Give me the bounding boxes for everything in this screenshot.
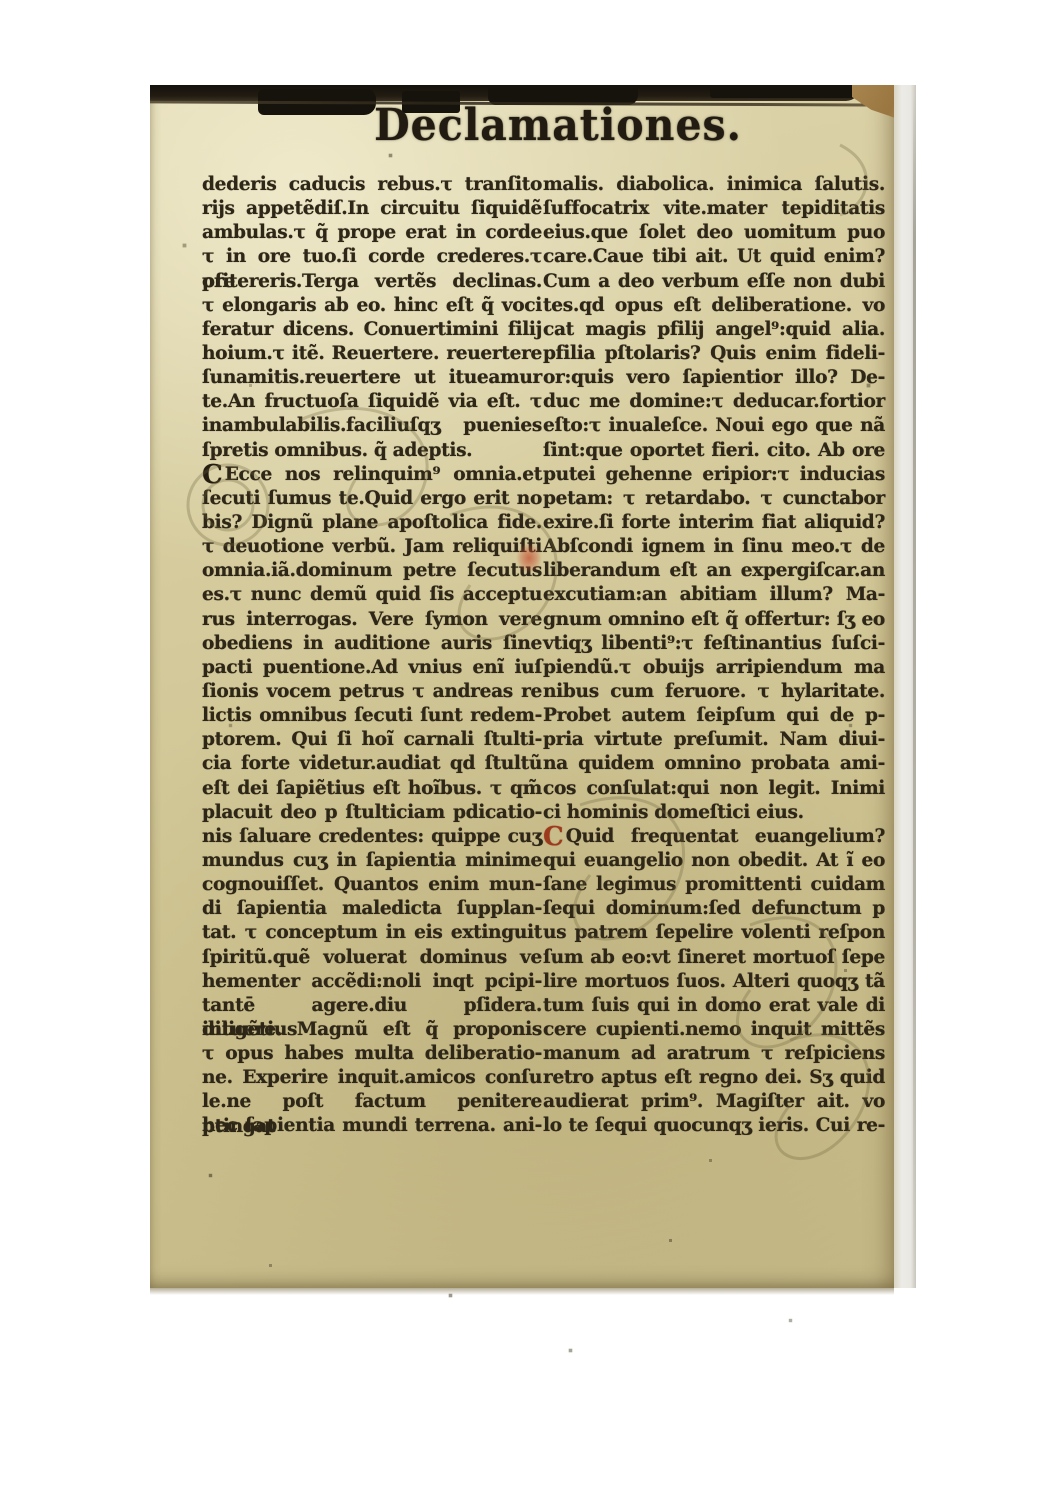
- page-bottom-shadow: [150, 1288, 894, 1295]
- paper-specks: [150, 85, 151, 86]
- screenshot-root: { "page": { "title": "Declamationes.", "…: [0, 0, 1060, 1500]
- scanned-page: Declamationes. dederis caducis rebus.τ t…: [150, 85, 894, 1288]
- ghost-flourishes: [150, 85, 894, 1288]
- page-edge-line: [913, 95, 916, 1288]
